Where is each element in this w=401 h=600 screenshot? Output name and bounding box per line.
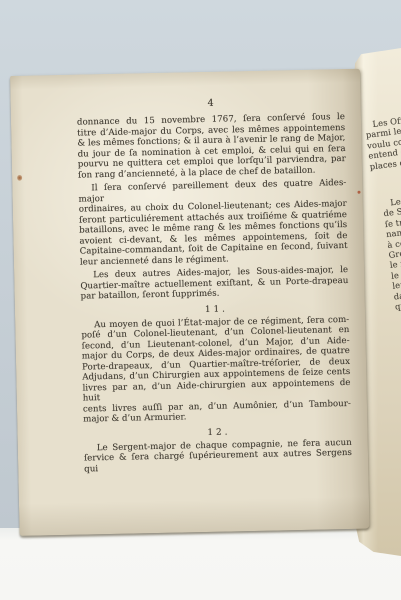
right-page-text-fragment-group: Les Offiparmi lesvoulu conentend qplaces… bbox=[364, 115, 401, 172]
table-surface bbox=[0, 528, 401, 600]
ink-speck bbox=[357, 191, 360, 194]
right-page-text-fragment-group: Les Bde Sergſe trounanceà cellGrenle ſel… bbox=[382, 194, 401, 312]
paragraph: Au moyen de quoi l’État-major de ce régi… bbox=[81, 314, 351, 425]
paragraph: Le Sergent-major de chaque compagnie, ne… bbox=[84, 437, 353, 474]
right-page-text: Les Offiparmi lesvoulu conentend qplaces… bbox=[364, 109, 401, 120]
paragraph: donnance du 15 novembre 1767, ſera conſe… bbox=[77, 112, 346, 181]
paragraph: Les deux autres Aides-major, les Sous-ai… bbox=[80, 265, 349, 302]
page-number: 4 bbox=[77, 95, 345, 112]
page-text: donnance du 15 novembre 1767, ſera conſe… bbox=[77, 112, 352, 475]
text-line: ſervice & ſera chargé ſupérieurement aux… bbox=[84, 448, 352, 475]
book-photo: Les Offiparmi lesvoulu conentend qplaces… bbox=[0, 0, 401, 600]
paragraph: Il ſera conſervé pareillement deux des q… bbox=[78, 178, 348, 268]
book-left-page: 4 donnance du 15 novembre 1767, ſera con… bbox=[10, 69, 370, 536]
page-inner: 4 donnance du 15 novembre 1767, ſera con… bbox=[10, 69, 352, 476]
